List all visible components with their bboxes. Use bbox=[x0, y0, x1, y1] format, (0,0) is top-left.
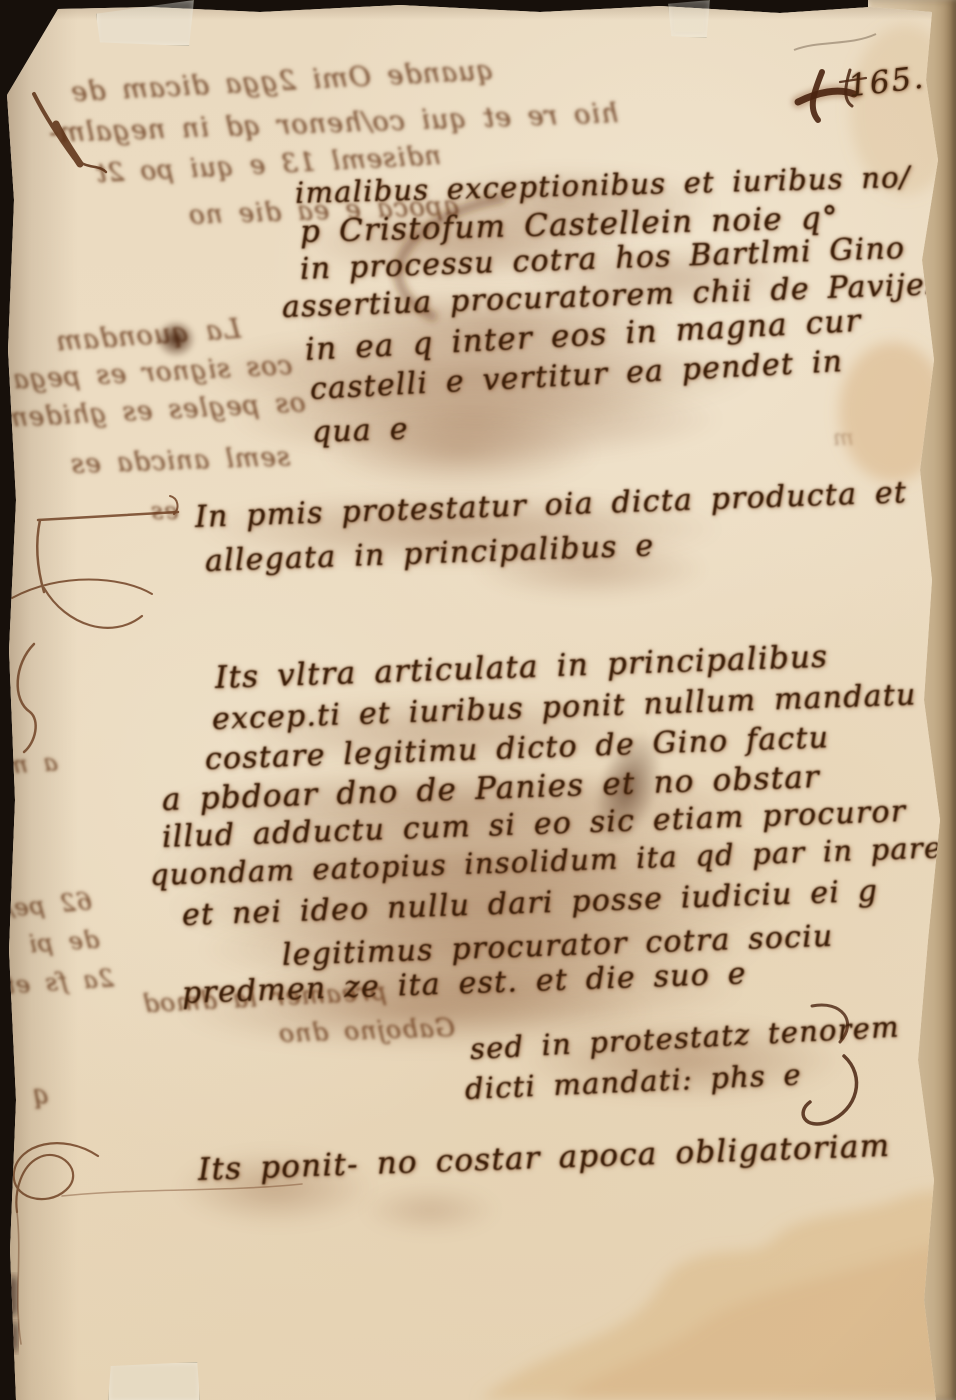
manuscript-photo: quande Omi 2gga dicam de hio re et qui c… bbox=[0, 0, 956, 1400]
manuscript-page: quande Omi 2gga dicam de hio re et qui c… bbox=[0, 0, 956, 1400]
paper-vignette bbox=[0, 0, 956, 1400]
tape-repair bbox=[108, 1362, 200, 1400]
tape-repair bbox=[668, 0, 710, 38]
tape-repair bbox=[96, 0, 194, 46]
